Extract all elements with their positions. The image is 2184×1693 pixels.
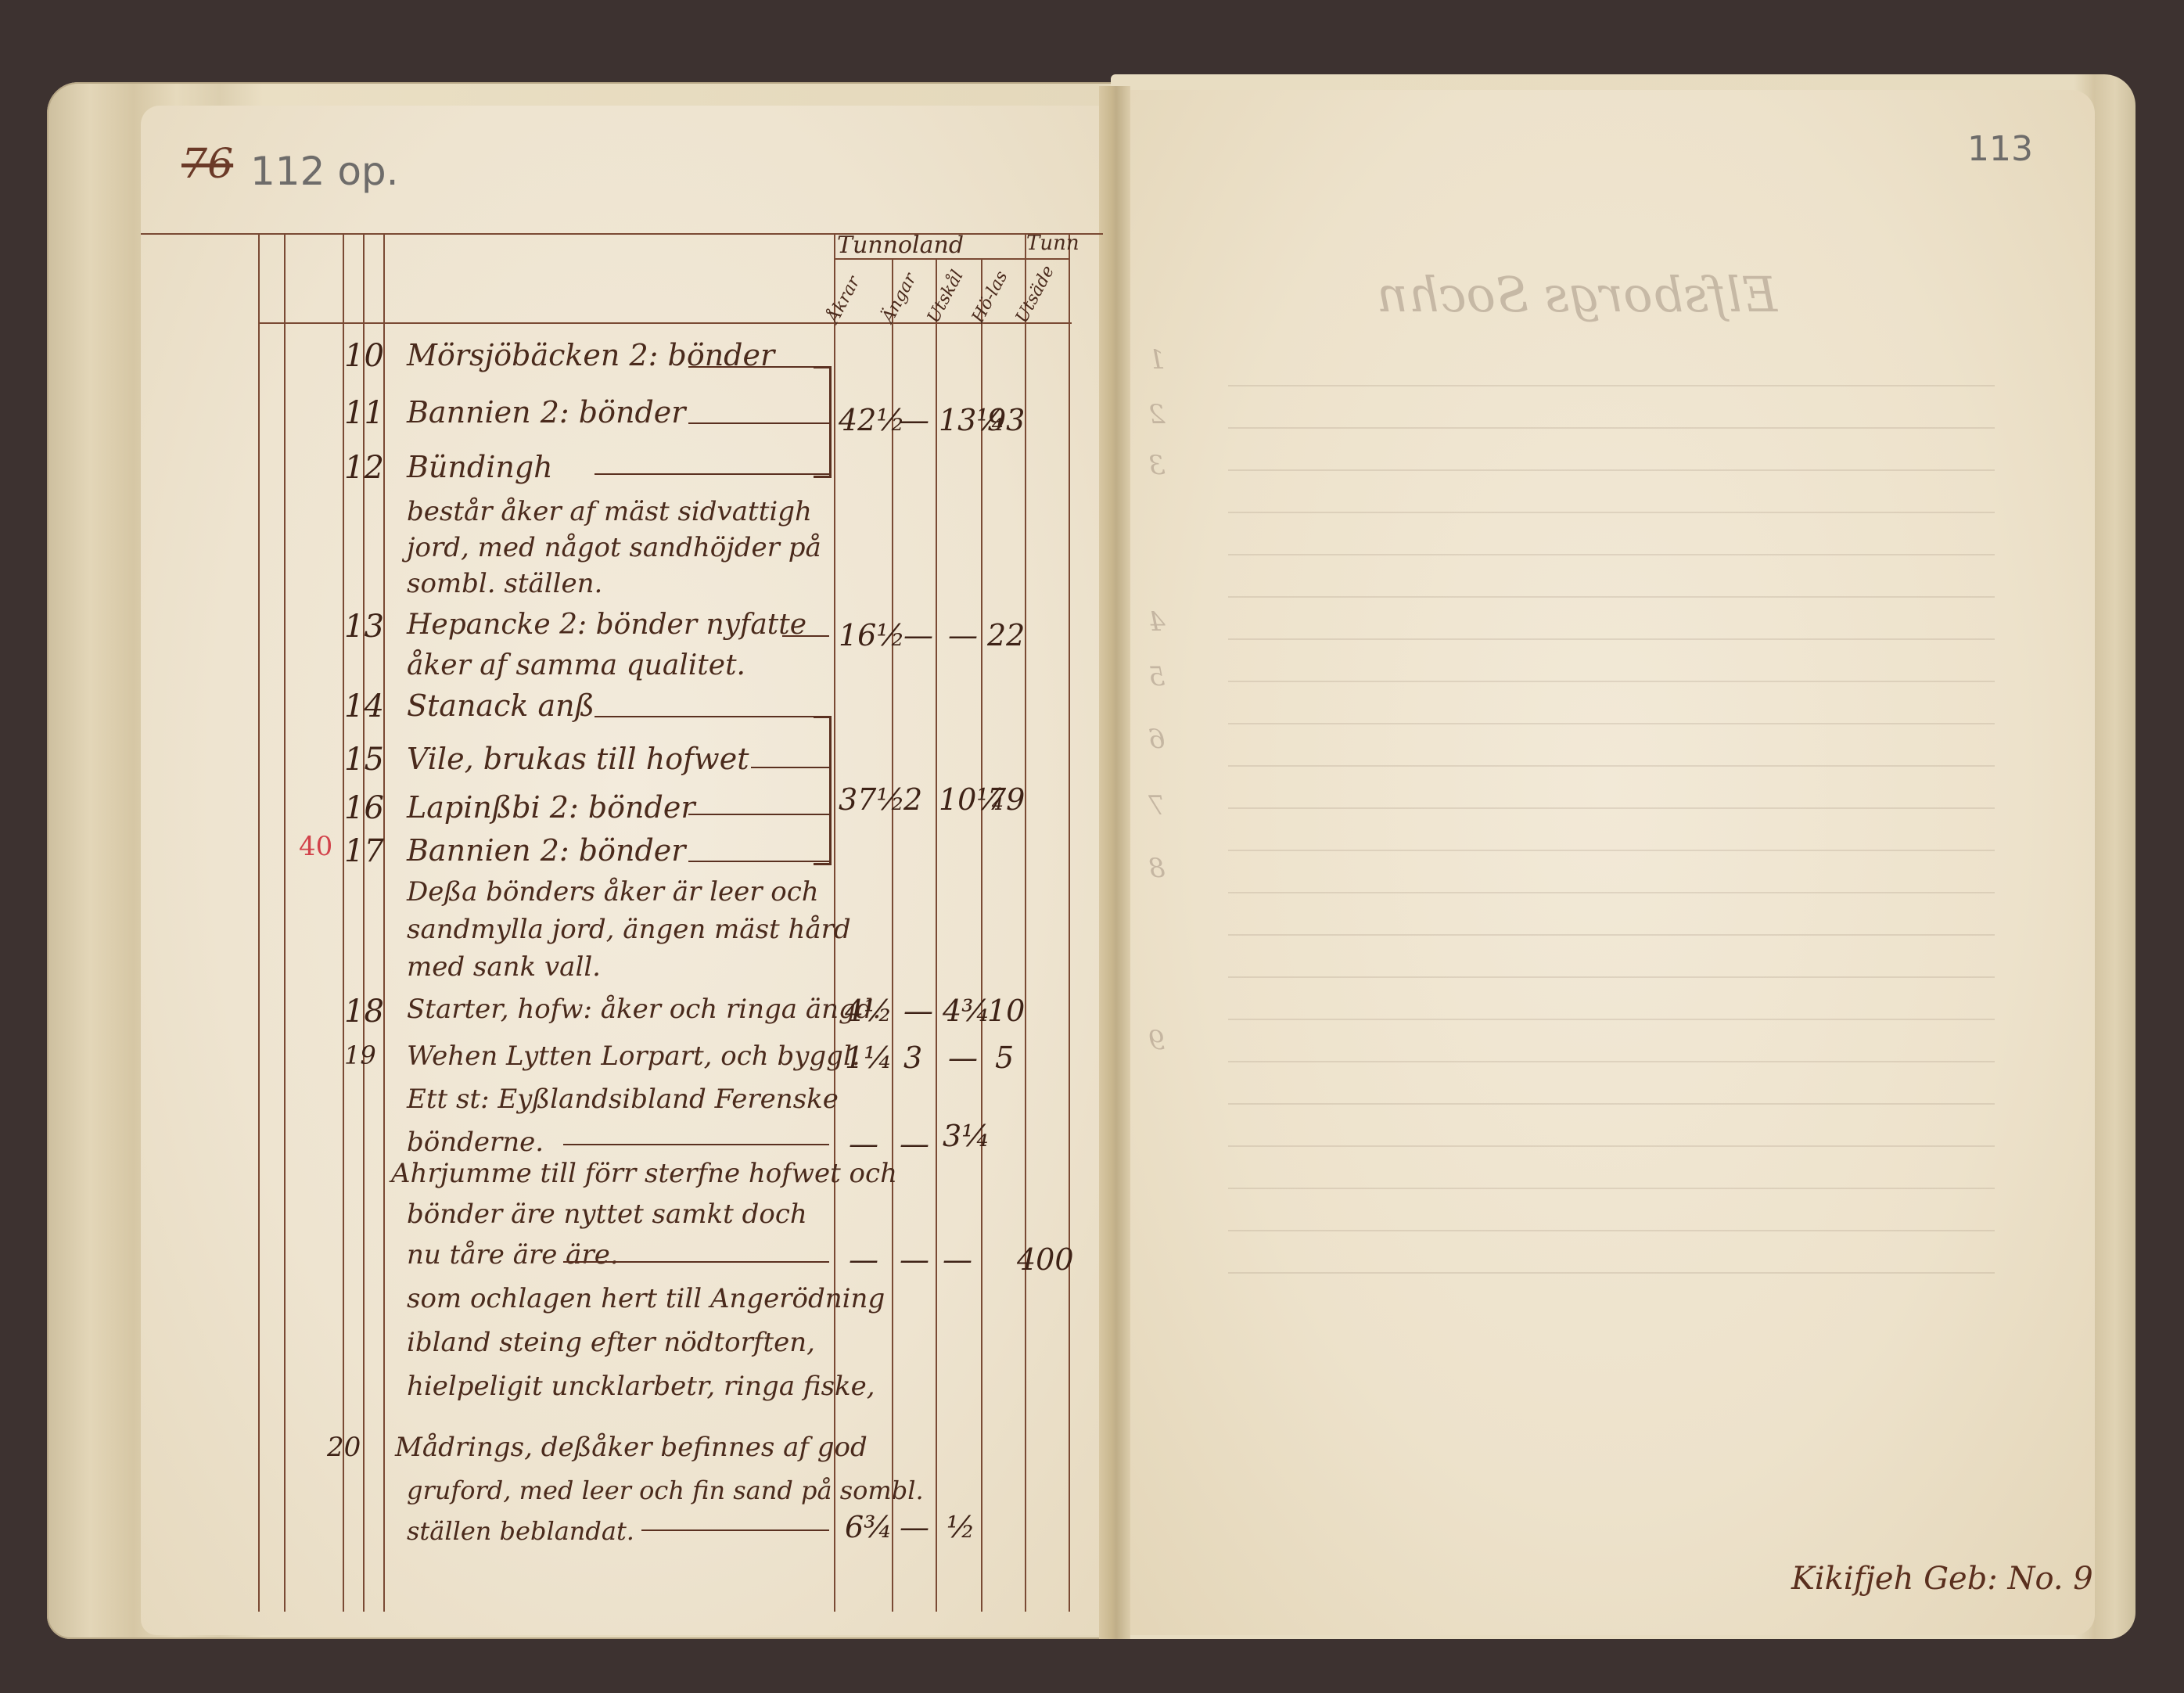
grid-col-utskal [936,258,937,1612]
value-20-akrar: 6¾ [845,1510,893,1544]
entry-11-line-1: Bannien 2: bönder [407,395,685,430]
value-summary-utsade: 400 [1017,1242,1074,1277]
value-14-17-utsade: 79 [987,782,1025,817]
value-summary-utskal: — [943,1242,972,1277]
margin-red-number: 40 [299,831,332,862]
collection-label: Kikifjeh Geb: No. 9 [1791,1561,2093,1597]
summary-line-2: bönder äre nyttet samkt doch [407,1199,807,1230]
bleed-through-number-3: 3 [1148,450,1166,481]
value-19-utsade: 5 [995,1041,1014,1075]
crossed-page-number: 76 [181,141,233,188]
entry-13-line-2: åker af samma qualitet. [407,649,745,681]
entry-15-line-1: Vile, brukas till hofwet [407,742,749,776]
bleed-through-number-4: 4 [1148,606,1166,638]
bleed-through-number-5: 5 [1148,661,1166,692]
value-13-angar: — [903,618,933,652]
leader-10 [688,366,829,368]
row-number-18: 18 [344,994,384,1030]
bleed-through-number-7: 7 [1148,790,1166,821]
entry-17-line-2: Deßa bönders åker är leer och [407,876,819,908]
entry-12-line-1: Bündingh [407,450,553,484]
grid-col-end [1069,235,1070,1612]
grid-col-2 [284,235,286,1612]
entry-17-line-4: med sank vall. [407,951,601,983]
summary-line-5: ibland steing efter nödtorften, [407,1327,815,1358]
entry-12-line-2: består åker af mäst sidvattigh [407,496,812,527]
entry-19-line-1: Wehen Lytten Lorpart, och byggl. [407,1041,860,1072]
row-number-10: 10 [344,338,384,374]
row-number-15: 15 [344,742,384,778]
header-tunnoland: Tunnoland [837,232,964,259]
entry-20-line-3: ställen beblandat. [407,1516,634,1546]
leader-17 [688,861,829,862]
entry-19-line-3: bönderne. [407,1127,544,1158]
entry-19-line-2: Ett st: Eyßlandsibland Ferenske [407,1084,839,1115]
leader-14 [594,716,829,717]
row-number-16: 16 [344,790,384,826]
value-14-17-akrar: 37½ [839,782,905,817]
entry-12-line-4: sombl. ställen. [407,568,602,599]
value-19-angar: 3 [903,1041,922,1075]
bracket-rows-10-12 [814,366,832,478]
bleed-through-heading: Elfsborgs Sochn [1377,266,1777,323]
grid-col-utsade [1025,235,1026,1612]
value-20-angar: — [900,1510,929,1544]
entry-17-line-3: sandmylla jord, ängen mäst hård [407,914,851,945]
row-number-11: 11 [344,395,384,431]
leader-summary [563,1261,829,1263]
value-19-akrar: 1¼ [845,1041,893,1075]
summary-line-3: nu tåre äre äre. [407,1239,619,1271]
value-summary-akrar: — [849,1242,878,1277]
value-19b-utskal: 3¼ [943,1119,990,1153]
header-tunn: Tunn [1026,232,1079,255]
leader-19b [563,1144,829,1145]
entry-12-line-3: jord, med något sandhöjder på [407,532,821,563]
pencil-page-number-left: 112 op. [250,149,399,194]
row-number-20: 20 [327,1432,361,1463]
book-gutter [1099,86,1130,1639]
value-13-utskal: — [948,618,978,652]
grid-col-holas [981,258,982,1612]
leader-16 [688,814,829,815]
summary-line-6: hielpeligit uncklarbetr, ringa fiske, [407,1371,875,1402]
bleed-through-number-8: 8 [1148,853,1166,884]
entry-14-line-1: Stanack anß [407,688,594,723]
leader-12 [594,473,829,475]
row-number-14: 14 [344,688,384,724]
value-10-12-akrar: 42½ [839,403,905,437]
row-number-13: 13 [344,609,384,645]
grid-col-angar [892,258,893,1612]
summary-line-1: Ahrjumme till förr sterfne hofwet och [391,1158,897,1189]
value-18-utskal: 4¾ [943,994,990,1028]
bleed-through-number-6: 6 [1148,724,1166,755]
entry-13-line-1: Hepancke 2: bönder nyfatte [407,609,806,641]
entry-16-line-1: Lapinßbi 2: bönder [407,790,695,825]
value-14-17-angar: 2 [903,782,922,817]
row-number-12: 12 [344,450,384,486]
bracket-rows-14-17 [814,716,832,865]
value-summary-angar: — [900,1242,929,1277]
value-19b-angar: — [900,1127,929,1161]
grid-col-3 [343,235,344,1612]
value-20-utskal: ½ [947,1510,975,1544]
value-18-akrar: 4½ [845,994,893,1028]
entry-20-line-2: gruford, med leer och fin sand på sombl. [407,1476,924,1505]
value-18-angar: — [903,994,933,1028]
bleed-through-lines [1228,344,1995,1283]
bleed-through-number-2: 2 [1148,399,1166,430]
entry-20-line-1: Mådrings, deßåker befinnes af god [395,1432,867,1463]
bleed-through-number-9: 9 [1148,1025,1166,1056]
row-number-19: 19 [344,1041,376,1070]
value-10-12-utsade: 93 [987,403,1025,437]
grid-col-4 [363,235,365,1612]
value-13-utsade: 22 [987,618,1025,652]
bleed-through-number-1: 1 [1148,344,1166,376]
entry-18-line-1: Starter, hofw: åker och ringa ängd. [407,994,881,1025]
header-bottom-rule [258,322,1072,324]
row-number-17: 17 [344,833,384,869]
left-page [141,106,1111,1635]
entry-17-line-1: Bannien 2: bönder [407,833,685,868]
pencil-page-number-right: 113 [1967,129,2033,169]
value-19-utskal: — [948,1041,978,1075]
leader-13 [782,635,829,637]
grid-col-5 [383,235,385,1612]
value-18-utsade: 10 [987,994,1025,1028]
grid-col-1 [258,235,260,1612]
leader-20 [641,1529,829,1531]
value-10-12-angar: — [900,403,929,437]
value-13-akrar: 16½ [839,618,905,652]
summary-line-4: som ochlagen hert till Angerödning [407,1283,885,1314]
leader-11 [688,422,829,424]
value-19b-akrar: — [849,1127,878,1161]
